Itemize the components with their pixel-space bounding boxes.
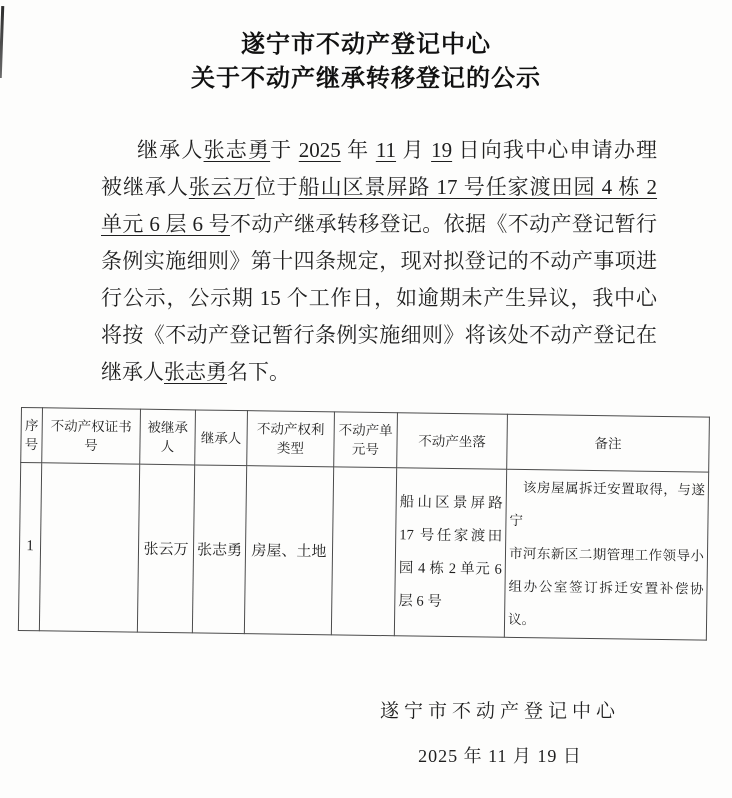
- plain-text: 年: [341, 138, 376, 162]
- header-decedent: 被继承人: [140, 409, 196, 465]
- underlined-text: 2025: [299, 138, 341, 162]
- cell-text-line: 层 6 号: [398, 585, 501, 619]
- cell-text-line: 市河东新区二期管理工作领导小: [509, 537, 704, 573]
- document-page: 遂宁市不动产登记中心 关于不动产继承转移登记的公示 继承人张志勇于 2025 年…: [0, 0, 732, 798]
- underlined-text: 船山区景屏路 17 号任家渡田园 4 栋 2: [299, 175, 657, 199]
- underlined-text: 单元 6 层 6 号: [101, 212, 230, 236]
- header-unit-no: 不动产单元号: [334, 412, 398, 468]
- cell-heir: 张志勇: [192, 465, 246, 634]
- table-row: 1 张云万 张志勇 房屋、土地 船山区景屏路17 号任家渡田园 4 栋 2 单元…: [18, 463, 708, 641]
- plain-text: 继承人: [101, 360, 164, 384]
- cell-text-line: 17 号任家渡田: [399, 519, 502, 553]
- cell-location: 船山区景屏路17 号任家渡田园 4 栋 2 单元 6层 6 号: [394, 468, 506, 638]
- header-heir: 继承人: [195, 410, 248, 466]
- paragraph-line: 继承人张志勇名下。: [101, 354, 657, 391]
- notice-paragraph: 继承人张志勇于 2025 年 11 月 19 日向我中心申请办理被继承人张云万位…: [101, 132, 657, 391]
- plain-text: 位于: [255, 175, 299, 199]
- header-right-type: 不动产权利类型: [247, 411, 335, 467]
- cell-unit-no: [331, 467, 396, 636]
- paragraph-line: 继承人张志勇于 2025 年 11 月 19 日向我中心申请办理: [101, 132, 657, 169]
- header-remark: 备注: [507, 414, 710, 472]
- underlined-text: 张云万: [189, 175, 255, 199]
- title-line-1: 遂宁市不动产登记中心: [0, 28, 732, 62]
- plain-text: 行公示，公示期 15 个工作日，如逾期未产生异议，我中心: [101, 286, 657, 310]
- header-certificate-no: 不动产权证书号: [42, 408, 141, 464]
- title-line-2: 关于不动产继承转移登记的公示: [0, 62, 732, 96]
- cell-seq-no: 1: [18, 463, 41, 631]
- plain-text: 月: [396, 138, 431, 162]
- plain-text: 将按《不动产登记暂行条例实施细则》将该处不动产登记在: [101, 323, 657, 347]
- plain-text: 被继承人: [101, 175, 189, 199]
- plain-text: 条例实施细则》第十四条规定，现对拟登记的不动产事项进: [101, 249, 657, 273]
- cell-text-line: 船山区景屏路: [399, 486, 502, 520]
- cell-text-line: 该房屋属拆迁安置取得，与遂宁: [509, 471, 705, 540]
- paragraph-line: 条例实施细则》第十四条规定，现对拟登记的不动产事项进: [101, 243, 657, 280]
- underlined-text: 11: [376, 138, 396, 162]
- cell-text-line: 园 4 栋 2 单元 6: [399, 552, 502, 586]
- header-seq-no: 序号: [21, 408, 43, 463]
- signature-org: 遂宁市不动产登记中心: [374, 699, 626, 725]
- paragraph-line: 行公示，公示期 15 个工作日，如逾期未产生异议，我中心: [101, 280, 657, 317]
- cell-decedent: 张云万: [137, 464, 194, 633]
- signature-block: 遂宁市不动产登记中心 2025 年 11 月 19 日: [374, 699, 626, 768]
- plain-text: 不动产继承转移登记。依据《不动产登记暂行: [230, 212, 657, 236]
- cell-right-type: 房屋、土地: [244, 466, 333, 635]
- underlined-text: 张志勇: [164, 360, 227, 384]
- table-header-row: 序号 不动产权证书号 被继承人 继承人 不动产权利类型 不动产单元号 不动产坐落…: [21, 408, 710, 473]
- underlined-text: 19: [431, 138, 452, 162]
- registry-table: 序号 不动产权证书号 被继承人 继承人 不动产权利类型 不动产单元号 不动产坐落…: [18, 407, 710, 641]
- header-location: 不动产坐落: [397, 413, 508, 470]
- cell-remark: 该房屋属拆迁安置取得，与遂宁市河东新区二期管理工作领导小组办公室签订拆迁安置补偿…: [504, 469, 708, 640]
- plain-text: 日向我中心申请办理: [452, 138, 657, 162]
- cell-text-line: 组办公室签订拆迁安置补偿协: [508, 570, 703, 606]
- underlined-text: 张志勇: [204, 138, 271, 162]
- plain-text: 名下。: [227, 360, 290, 384]
- cell-certificate-no: [39, 463, 139, 632]
- document-title: 遂宁市不动产登记中心 关于不动产继承转移登记的公示: [0, 28, 732, 96]
- paragraph-line: 单元 6 层 6 号不动产继承转移登记。依据《不动产登记暂行: [101, 206, 657, 243]
- cell-text-line: 议。: [508, 603, 703, 639]
- signature-date: 2025 年 11 月 19 日: [374, 742, 626, 768]
- plain-text: 于: [270, 138, 299, 162]
- plain-text: 继承人: [137, 138, 204, 162]
- paragraph-line: 将按《不动产登记暂行条例实施细则》将该处不动产登记在: [101, 317, 657, 354]
- paragraph-line: 被继承人张云万位于船山区景屏路 17 号任家渡田园 4 栋 2: [101, 169, 657, 206]
